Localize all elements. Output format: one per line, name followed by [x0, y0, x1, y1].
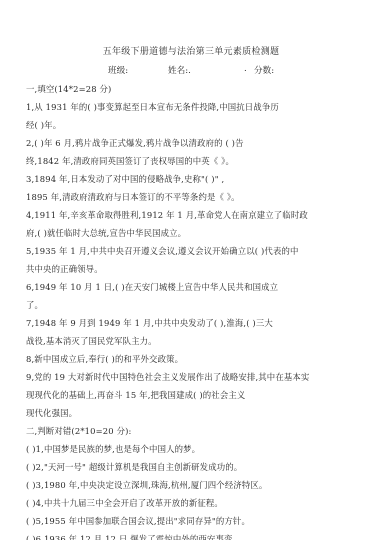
question-line: 终,1842 年,清政府同英国签订了丧权辱国的中英《 》。: [26, 155, 234, 167]
true-false-item: ( )5,1955 年中国参加联合国会议,提出"求同存异"的方针。: [26, 515, 250, 527]
question-line: 9,党的 19 大对新时代中国特色社会主义发展作出了战略安排,其中在基本实: [26, 371, 309, 383]
question-line: 8,新中国成立后,奉行( )的和平外交政策。: [26, 353, 183, 365]
exam-page: 五年级下册道德与法治第三单元素质检测题 班级: 姓名:. . 分数: 一,填空(…: [0, 0, 382, 540]
true-false-item: ( )3,1980 年,中央决定设立深圳,珠海,杭州,厦门四个经济特区。: [26, 479, 267, 491]
question-line: 经( )年。: [26, 119, 61, 131]
question-line: 4,1911 年,辛亥革命取得胜利,1912 年 1 月,革命党人在南京建立了临…: [26, 209, 308, 221]
question-line: 1895 年,清政府清政府与日本签订的不平等条约是《 》。: [26, 191, 240, 203]
true-false-item: ( )6,1936 年 12 月 12 日,爆发了震惊中外的西安事变。: [26, 533, 241, 540]
question-line: 府,( )就任临时大总统,宣告中华民国成立。: [26, 227, 186, 239]
question-line: 6,1949 年 10 月 1 日,( )在天安门城楼上宣告中华人民共和国成立: [26, 281, 278, 293]
question-line: 现现代化的基础上,再奋斗 15 年,把我国建成( )的社会主义: [26, 389, 245, 401]
true-false-item: ( )2,"天河一号" 超级计算机是我国自主创新研发成功的。: [26, 461, 242, 473]
true-false-item: ( )1,中国梦是民族的梦,也是每个中国人的梦。: [26, 443, 200, 455]
question-line: 7,1948 年 9 月到 1949 年 1 月,中共中央发动了( ),淮海,(…: [26, 317, 273, 329]
question-line: 共中央的正确领导。: [26, 263, 103, 275]
name-label: 姓名:.: [168, 64, 191, 76]
question-line: 了。: [26, 299, 43, 311]
question-line: 5,1935 年 1 月,中共中央召开遵义会议,遵义会议开始确立以( )代表的中: [26, 245, 299, 257]
question-line: 战役,基本消灭了国民党军队主力。: [26, 335, 157, 347]
section-heading-true-false: 二,判断对错(2*10=20 分):: [26, 425, 131, 437]
exam-title: 五年级下册道德与法治第三单元素质检测题: [0, 44, 382, 57]
question-line: 2,( )年 6 月,鸦片战争正式爆发,鸦片战争以清政府的 ( )告: [26, 137, 244, 149]
separator-dot: .: [244, 64, 247, 74]
question-line: 3,1894 年,日本发动了对中国的侵略战争,史称"( )" ,: [26, 173, 224, 185]
class-label: 班级:: [108, 64, 128, 76]
true-false-item: ( )4,中共十九届三中全会开启了改革开放的新征程。: [26, 497, 223, 509]
question-line: 1,从 1931 年的( )事变算起至日本宣布无条件投降,中国抗日战争历: [26, 101, 279, 113]
question-line: 现代化强国。: [26, 407, 77, 419]
score-label: 分数:: [254, 64, 274, 76]
section-heading-fill-blank: 一,填空(14*2=28 分): [26, 83, 111, 95]
